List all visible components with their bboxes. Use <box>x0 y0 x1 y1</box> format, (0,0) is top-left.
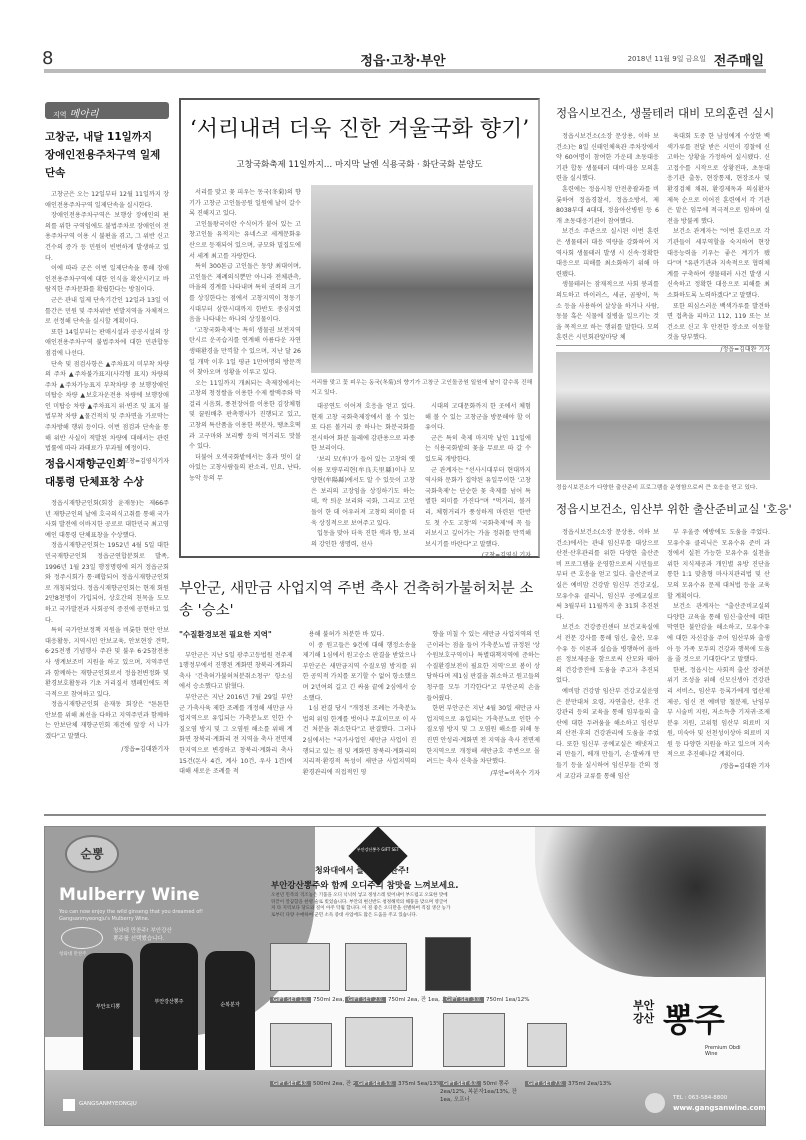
paragraph: 정읍시재향군인회는 1952년 4월 5일 대한민국재향군인회 정읍군연합분회로… <box>45 541 169 626</box>
paragraph: 보건소 주관으로 실시된 이번 훈련은 생물테러 대응 역량을 강화하여 지역사… <box>556 227 659 280</box>
gift-set-5-image <box>345 1017 413 1067</box>
gift-set-3-image <box>425 937 471 991</box>
feature-col1: 서리를 맞고 꽃 피우는 동국(冬菊)의 향기가 고창군 고인돌공원 일원에 날… <box>189 188 301 485</box>
paragraph: 정읍시보건소(소장 문상용, 이하 보건소)에서는 관내 임신부를 대상으로 산… <box>556 528 659 623</box>
company-logo-icon <box>63 1099 75 1111</box>
paragraph: '보리 모(牟)'가 들어 있는 고창의 옛 이름 모량부리현(牟良夫里縣)이나… <box>311 455 415 529</box>
article-gochang-parking: 고창군, 내달 11일까지 장애인전용주차구역 일제단속 고창군은 오는 12일… <box>45 128 169 465</box>
brand-calligraphy-small: 부안강산 <box>633 999 661 1025</box>
paragraph: 단속 및 점검사항은 ▲주차표지 미부착 차량의 주차 ▲주차불가표지(사각형 … <box>45 360 169 455</box>
company-phone: TEL : 063-584-8800 <box>673 1095 727 1101</box>
paragraph: 한편 부안군은 지난 4월 30일 새만금 사업지역으로 유입되는 가축분뇨로 … <box>426 704 540 768</box>
photo-caption: 서리를 맞고 꽃 피우는 동국(冬菊)의 향기가 고창군 고인돌공원 일원에 날… <box>311 378 533 398</box>
mulberry-image <box>535 827 765 977</box>
byline: /정읍=김대완기자 <box>45 744 169 753</box>
paragraph: 이 중 원고들은 9건에 대해 행정소송을 제기해 1심에서 원고승소 판결을 … <box>303 641 417 705</box>
paragraph: 용해 불허가 처분한 바 있다. <box>303 630 417 641</box>
bottle-label: 부안강산뽕주 <box>140 998 198 1005</box>
article-col2: 용해 불허가 처분한 바 있다. 이 중 원고들은 9건에 대해 행정소송을 제… <box>303 630 417 779</box>
paragraph: 또한 의심스러운 백색가루를 발견하면 접촉을 피하고 112, 119 또는 … <box>667 302 770 344</box>
paragraph: 부안군은 지난 5일 광주고등법원 전주제1행정부에서 진행된 계화면 창북리·… <box>179 651 293 693</box>
paragraph: 부 우울증 예방에도 도움을 주었다. 모유수유 클리닉은 모유수유 준비 과정… <box>667 528 770 602</box>
article-headline: 정읍시보건소, 생물테러 대비 모의훈련 실시 <box>556 104 770 122</box>
paragraph: 군 관계자는 "선사시대부터 현대까지 역사와 문화가 집약된 유일무이한 '고… <box>425 466 531 551</box>
tag-prefix: 지역 <box>53 111 67 119</box>
blue-house-logo-icon <box>61 927 103 949</box>
bottle-label: 순복분자 <box>205 1001 255 1008</box>
headline-line1: 고창군, 내달 11일까지 <box>45 128 169 146</box>
issue-date: 2018년 11월 9일 금요일 <box>628 54 706 64</box>
gift-set-diamond-label: 부안강산뽕주 GIFT SET <box>351 847 405 853</box>
byline: /고창=김영식 기자 <box>425 551 531 562</box>
article-headline: 부안군, 새만금 사업지역 주변 축사 건축허가불허처분 소송 '승소' <box>179 578 540 622</box>
gift-badge: GIFT SET 5호 <box>355 1081 396 1087</box>
article-col1: "수질환경보전 필요한 지역" 부안군은 지난 5일 광주고등법원 전주제1행정… <box>179 630 293 779</box>
paragraph: 부안군은 지난 2016년 7월 29일 부안군 가축사육 제한 조례를 개정해… <box>179 693 293 778</box>
paragraph: 군은 관내 일제 단속기간인 12일과 13일 이틀간은 민원 및 주차위반 빈… <box>45 296 169 328</box>
company-name: GANGSANMYEONGJU <box>79 1101 137 1107</box>
gift-badge: GIFT SET 4호 <box>270 1081 311 1087</box>
paragraph: 보건소 관계자는 "출산준비교실의 다양한 교육을 통해 임신·출산에 대한 막… <box>667 602 770 666</box>
ad-divider <box>44 814 766 816</box>
tag-title: 메아리 <box>70 109 99 120</box>
feature-col2: 대공연도 이어져 호응을 얻고 있다. 현재 고창 국화축제장에서 볼 수 있는… <box>311 402 415 550</box>
article-bioterror-drill: 정읍시보건소, 생물테러 대비 모의훈련 실시 정읍시보건소(소장 문상용, 이… <box>556 104 770 355</box>
ad-body: 오천년 민족의 격조높은 기품을 오디 넉넉히 넣고 정성스레 빚어내어 부드럽… <box>271 893 451 919</box>
article-body: 정읍시재향군인회(회장 윤재동)는 제66주년 재향군인의 날에 호국의식고취를… <box>45 499 169 743</box>
paragraph: 특히 국가안보정책 지원을 비롯한 현안 안보대응활동, 지역시민 안보교육, … <box>45 626 169 700</box>
award-logo-label: 청와대 만찬주 <box>59 951 87 957</box>
gift-set-2-image <box>345 943 407 991</box>
section-tag: 지역메아리 <box>45 102 169 119</box>
advertisement-mulberry-wine[interactable]: 순뽕 Mulberry Wine You can now enjoy the w… <box>44 826 766 1126</box>
gift-badge: GIFT SET 6호 <box>440 1081 481 1087</box>
gift-badge: GIFT SET 3호 <box>443 997 484 1003</box>
newspaper-name: 전주매일 <box>714 50 764 69</box>
paragraph: 보건소 건강증진센터 보건교육실에서 전문 강사를 통해 임신, 출산, 모유수… <box>556 623 659 687</box>
paragraph: 또한 14일부터는 판매시설과 공공시설의 장애인전용주차구역 불법주차에 대한… <box>45 328 169 360</box>
ad-headline1: 청와대에서 즐기는 만찬주! <box>315 865 409 876</box>
bottle-label: 부안오디뽕 <box>83 1003 133 1010</box>
website-logo-icon <box>645 1093 665 1113</box>
feature-subheadline: 고창국화축제 11일까지… 마지막 날엔 식용국화 · 화단국화 분양도 <box>181 158 538 170</box>
headline-line2: 대통령 단체표창 수상 <box>45 473 169 491</box>
byline: /정읍=김대완 기자 <box>667 762 770 773</box>
gift-set-6-label: GIFT SET 6호50ml 뽕주2ea/12%, 복분자1ea/13%, 잔… <box>440 1079 520 1103</box>
gift-set-diamond-icon <box>348 826 407 885</box>
article-col1: 정읍시보건소(소장 문상용, 이하 보건소)는 8일 신태인체육관 주차장에서 … <box>556 132 659 355</box>
gift-set-4-image <box>270 1023 332 1067</box>
ad-title: Mulberry Wine <box>59 885 200 905</box>
gift-badge: GIFT SET 1호 <box>270 997 311 1003</box>
gift-badge: GIFT SET 7호 <box>525 1081 566 1087</box>
paragraph: 오는 11일까지 개최되는 축제장에서는 고창의 청정쌀을 이용한 수제 쌀맥주… <box>189 379 301 453</box>
gift-set-7-image <box>527 1023 567 1067</box>
paragraph: 입동을 맞아 더욱 진한 색과 향, 보리의 강인한 생명력, 선사 <box>311 529 415 550</box>
paragraph: 더불어 오색국화밭에서는 흥과 멋이 살아있는 고창사람들의 판소리, 민요, … <box>189 453 301 485</box>
article-col2: 육대회 도중 한 남성에게 수상한 백색가루를 전달 받은 시민이 경찰에 신고… <box>667 132 770 355</box>
paragraph: '고창국화축제'는 특히 생물권 보전지역 탄시르 운곡습지를 연계해 아름다운… <box>189 326 301 379</box>
festival-photo <box>311 185 533 373</box>
paragraph: 육대회 도중 한 남성에게 수상한 백색가루를 전달 받은 시민이 경찰에 신고… <box>667 132 770 227</box>
ad-headline2: 부안강산뽕주와 함께 오디주의 참맛을 느껴보세요. <box>271 879 459 891</box>
gift-spec: 375ml 2ea/13% <box>568 1081 611 1087</box>
headline-line2: 장애인전용주차구역 일제단속 <box>45 146 169 182</box>
paragraph: 정읍시보건소(소장 문상용, 이하 보건소)는 8일 신태인체육관 주차장에서 … <box>556 132 659 185</box>
paragraph: 정읍시재향군인회 윤재동 회장은 "튼튼한 안보를 위해 최선을 다하고 지역주… <box>45 700 169 742</box>
paragraph: 시대의 고대문화까지 한 곳에서 체험해 볼 수 있는 고창군을 방문해야 할 … <box>425 402 531 434</box>
paragraph: 특히 300톤급 고인돌은 동양 최대이며, 고인돌은 제례의식뿐만 아니라 전… <box>189 262 301 326</box>
gift-spec: 375ml 5ea/13% <box>398 1081 441 1087</box>
gift-set-5-label: GIFT SET 5호375ml 5ea/13% <box>355 1079 441 1087</box>
paragraph: 향을 미칠 수 있는 새만금 사업지역의 인근이라는 점을 들어 가축분뇨법 규… <box>426 630 540 704</box>
article-col1: 정읍시보건소(소장 문상용, 이하 보건소)에서는 관내 임신부를 대상으로 산… <box>556 528 659 782</box>
feature-article-chrysanthemum: ‘서리내려 더욱 진한 겨울국화 향기’ 고창국화축제 11일까지… 마지막 날… <box>179 98 540 558</box>
wine-bottle-3: 순복분자 <box>205 951 255 1073</box>
paragraph: 한편, 정읍시는 사회적 출산 장려분위기 조성을 위해 신모신생아 건강관리 … <box>667 666 770 761</box>
paragraph: 고창군은 오는 12일부터 12월 11일까지 장애인전용주차구역 일제단속을 … <box>45 190 169 211</box>
paragraph: 예비맘 건강맘 임산부 건강교실운영은 분만대처 요령, 자연출산, 산후 건강… <box>556 687 659 782</box>
article-col3: 향을 미칠 수 있는 새만금 사업지역의 인근이라는 점을 들어 가축분뇨법 규… <box>426 630 540 779</box>
photo-caption: 정읍시보건소가 다양한 출산준비 프로그램을 운영함으로써 큰 호응을 얻고 있… <box>556 483 770 493</box>
paragraph: 이에 따라 군은 이번 일제단속을 통해 장애인전용주차구역에 대한 인식을 확… <box>45 264 169 296</box>
paragraph: 정읍시재향군인회(회장 윤재동)는 제66주년 재향군인의 날에 호국의식고취를… <box>45 499 169 541</box>
gift-set-7-label: GIFT SET 7호375ml 2ea/13% <box>525 1079 611 1087</box>
brand-calligraphy-large: 뽕주 <box>663 995 725 1041</box>
article-prenatal-class: 정읍시보건소, 임산부 위한 출산준비교실 '호응' 정읍시보건소(소장 문상용… <box>556 500 770 782</box>
gift-set-6-image <box>443 1013 505 1067</box>
article-col2: 부 우울증 예방에도 도움을 주었다. 모유수유 클리닉은 모유수유 준비 과정… <box>667 528 770 782</box>
article-veterans-award: 정읍시재향군인회 대통령 단체표창 수상 정읍시재향군인회(회장 윤재동)는 제… <box>45 455 169 753</box>
award-text: 청와대 만찬주! 부안강산뽕주를 선택했습니다. <box>113 927 173 943</box>
gift-spec: 750ml 1ea/12% <box>486 997 529 1003</box>
gift-badge: GIFT SET 2호 <box>345 997 386 1003</box>
paragraph: 고인돌왕국이란 수식어가 붙어 있는 고창고인돌 유적지는 유네스코 세계문화유… <box>189 220 301 262</box>
brand-sub: Premium Obdi Wine <box>705 1045 745 1057</box>
ad-tagline: You can now enjoy the wild ginseng that … <box>59 909 229 923</box>
wine-bottle-2: 부안강산뽕주 <box>140 943 198 1073</box>
byline: /부안=이옥수 기자 <box>426 769 540 780</box>
paragraph: 장애인전용주차구역은 보행상 장애인의 편의를 위한 구역임에도 불법주차로 장… <box>45 211 169 264</box>
header-rule <box>44 69 766 73</box>
paragraph: 훈련에는 정읍시청 안전총괄과를 비롯하여 정읍경찰서, 정읍소방서, 제803… <box>556 185 659 227</box>
brand-badge: 순뽕 <box>65 835 119 873</box>
paragraph: 서리를 맞고 꽃 피우는 동국(冬菊)의 향기가 고창군 고인돌공원 일원에 날… <box>189 188 301 220</box>
company-website[interactable]: www.gangsanwine.com <box>673 1104 766 1112</box>
paragraph: 군은 특히 축제 마지막 날인 11일에는 식용국화밭의 꽃을 무료로 따 갈 … <box>425 434 531 466</box>
paragraph: 대공연도 이어져 호응을 얻고 있다. 현재 고창 국화축제장에서 볼 수 있는… <box>311 402 415 455</box>
feature-headline: ‘서리내려 더욱 진한 겨울국화 향기’ <box>181 112 538 143</box>
article-buan-lawsuit: 부안군, 새만금 사업지역 주변 축사 건축허가불허처분 소송 '승소' "수질… <box>179 578 540 779</box>
gift-set-1-image <box>270 943 330 991</box>
article-body: 고창군은 오는 12일부터 12월 11일까지 장애인전용주차구역 일제단속을 … <box>45 190 169 455</box>
headline-line1: 정읍시재향군인회 <box>45 455 169 473</box>
article-subhead: "수질환경보전 필요한 지역" <box>179 630 293 641</box>
column-divider <box>556 345 770 346</box>
paragraph: 생물테러는 잠재적으로 사회 붕괴를 의도하고 바이러스, 세균, 곰팡이, 독… <box>556 280 659 344</box>
prenatal-class-photo <box>556 352 770 480</box>
paragraph: 보건소 관계자는 "이번 훈련으로 각 기관들이 세부역할을 숙지하여 현장 대… <box>667 227 770 301</box>
feature-col3: 시대의 고대문화까지 한 곳에서 체험해 볼 수 있는 고창군을 방문해야 할 … <box>425 402 531 562</box>
paragraph: 1심 판결 당시 "개정된 조례는 가축분뇨법의 위임 한계를 벗어나 무효이므… <box>303 704 417 778</box>
article-headline: 정읍시보건소, 임산부 위한 출산준비교실 '호응' <box>556 500 770 518</box>
gift-set-3-label: GIFT SET 3호750ml 1ea/12% <box>443 995 529 1003</box>
wine-bottle-1: 부안오디뽕 <box>83 953 133 1073</box>
